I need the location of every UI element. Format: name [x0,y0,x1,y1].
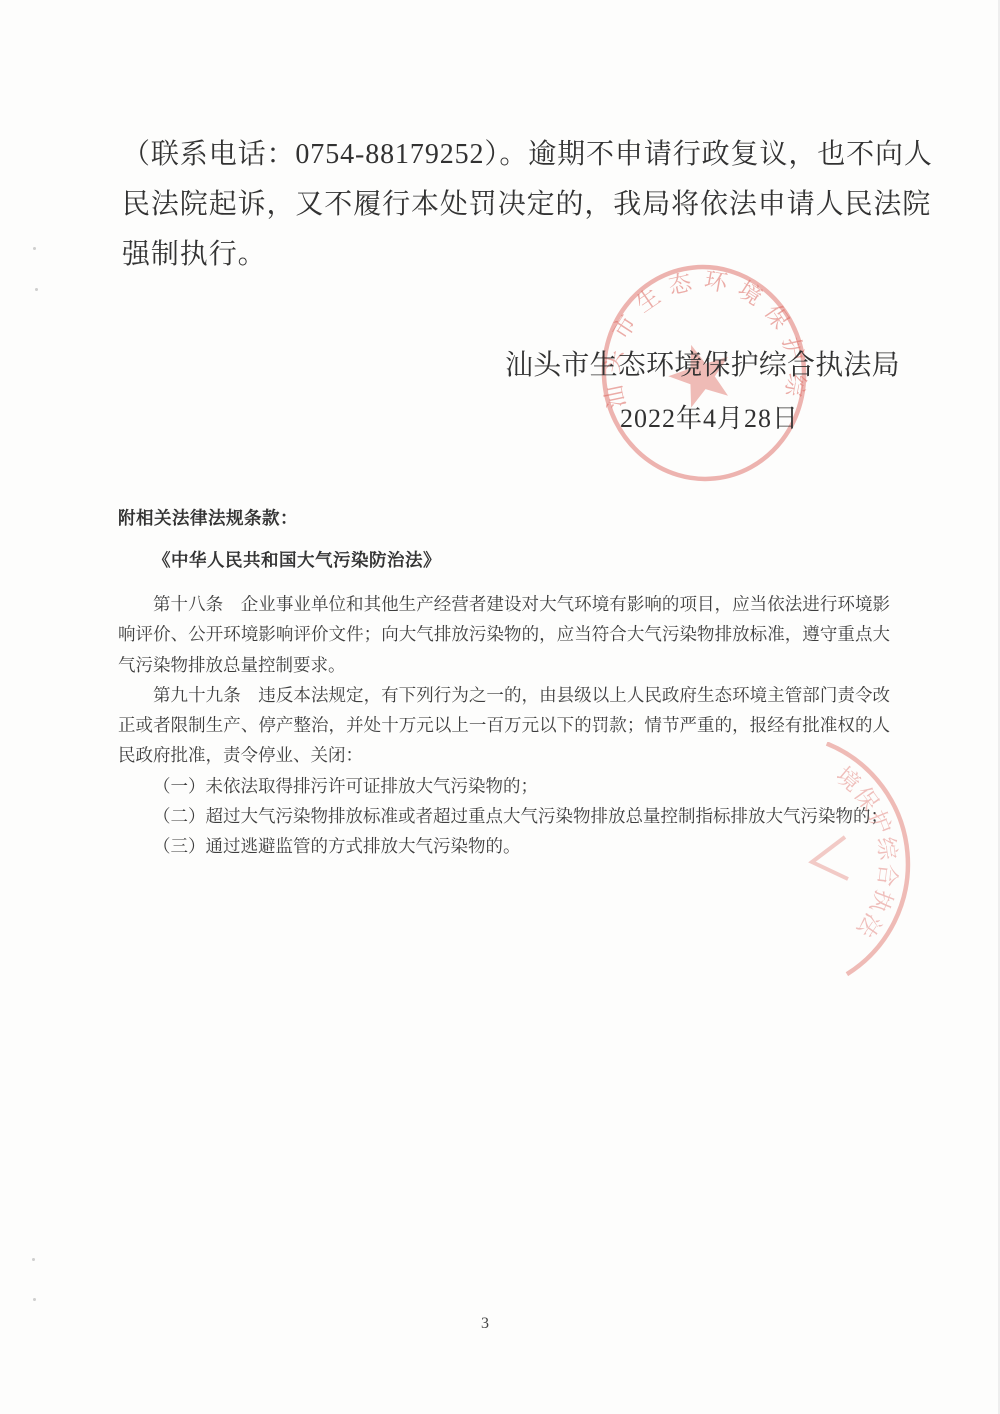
closing-line: （联系电话：0754-88179252）。逾期不申请行政复议，也不向人 [122,130,912,180]
closing-line: 民法院起诉，又不履行本处罚决定的，我局将依法申请人民法院 [122,180,912,230]
article-99-item-3: （三）通过逃避监管的方式排放大气污染物的。 [118,831,890,861]
closing-line: 强制执行。 [122,230,912,280]
article-99-item-1: （一）未依法取得排污许可证排放大气污染物的； [118,771,890,801]
legal-articles: 第十八条 企业事业单位和其他生产经营者建设对大气环境有影响的项目，应当依法进行环… [118,589,890,862]
issuing-agency: 汕头市生态环境保护综合执法局 [505,343,900,383]
scan-speck [33,1298,36,1301]
attachment-heading: 附相关法律法规条款： [118,505,298,530]
article-99: 第九十九条 违反本法规定，有下列行为之一的，由县级以上人民政府生态环境主管部门责… [118,680,890,771]
document-page: 汕头市生态环境保护综合执法局 境保护综合执法 （联系电话：0754-881792… [0,0,1000,1414]
decision-date: 2022年4月28日 [620,398,799,435]
scan-speck [35,288,38,291]
scan-speck [33,247,36,250]
page-number: 3 [481,1315,489,1333]
law-title: 《中华人民共和国大气污染防治法》 [153,547,441,572]
article-99-item-2: （二）超过大气污染物排放标准或者超过重点大气污染物排放总量控制指标排放大气污染物… [118,801,890,831]
closing-paragraph: （联系电话：0754-88179252）。逾期不申请行政复议，也不向人 民法院起… [122,130,912,280]
scan-speck [32,1258,35,1261]
article-18: 第十八条 企业事业单位和其他生产经营者建设对大气环境有影响的项目，应当依法进行环… [118,589,890,680]
